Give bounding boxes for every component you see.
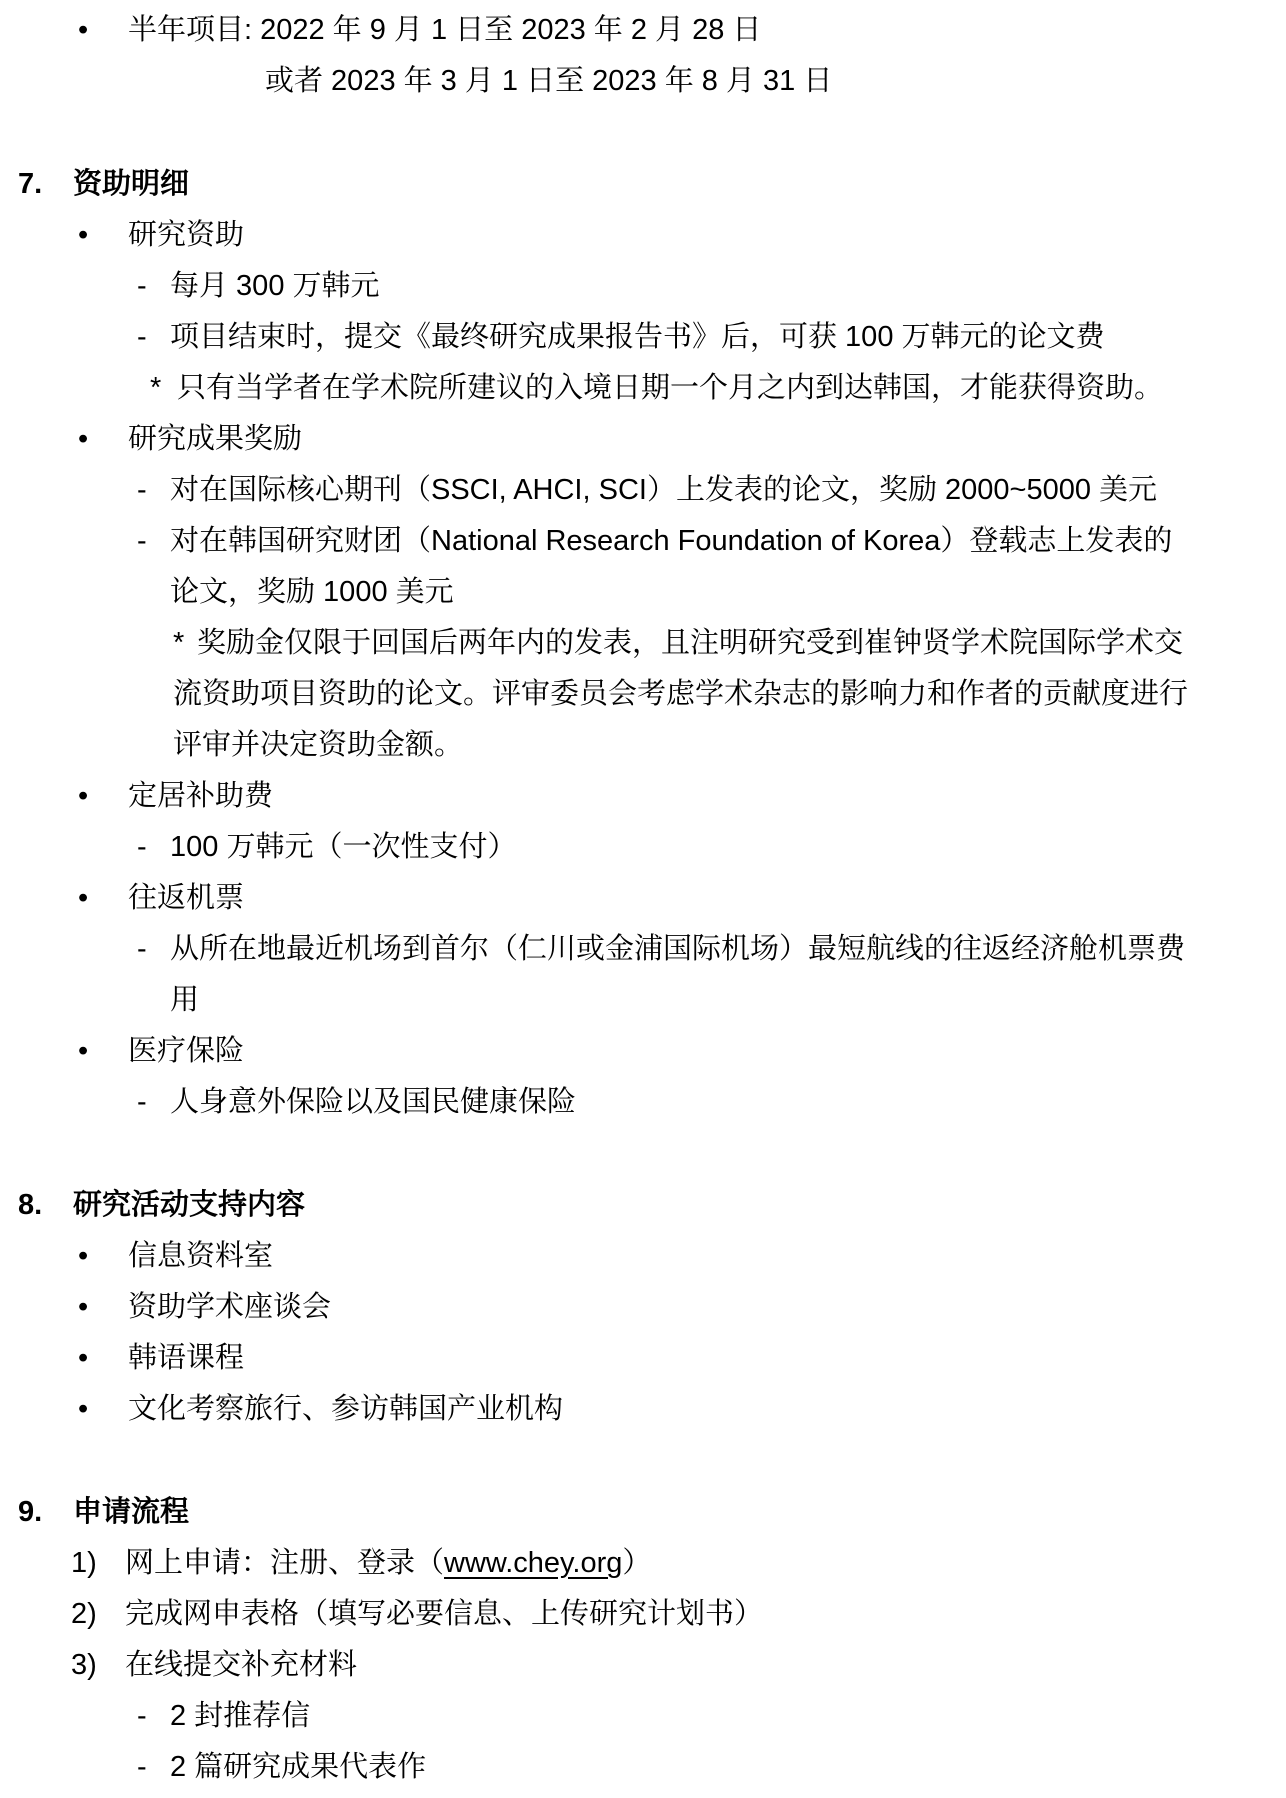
- item-text: 在线提交补充材料: [125, 1649, 357, 1681]
- step-text-before-link: 网上申请：注册、登录（: [125, 1547, 444, 1579]
- dash-marker: -: [137, 516, 170, 567]
- item-text: 2 封推荐信: [170, 1700, 310, 1732]
- step-number-label: 2): [71, 1589, 125, 1640]
- dash-marker: -: [137, 924, 170, 975]
- numbered-step-2: 2)完成网申表格（填写必要信息、上传研究计划书）: [0, 1589, 1286, 1640]
- bullet-marker: •: [78, 771, 128, 822]
- section-number: 8.: [18, 1180, 73, 1231]
- step-number-label: 1): [71, 1538, 125, 1589]
- bullet-item: •往返机票: [0, 873, 1286, 924]
- bullet-item: •医疗保险: [0, 1026, 1286, 1077]
- bullet-item: •信息资料室: [0, 1231, 1286, 1282]
- dash-marker: -: [137, 312, 170, 363]
- item-text: 研究成果奖励: [128, 423, 302, 455]
- item-text: 对在国际核心期刊（SSCI, AHCI, SCI）上发表的论文，奖励 2000~…: [170, 474, 1157, 506]
- item-text: 项目结束时，提交《最终研究成果报告书》后，可获 100 万韩元的论文费: [170, 321, 1105, 353]
- asterisk-marker: *: [173, 618, 197, 669]
- item-text: 论文，奖励 1000 美元: [170, 576, 454, 608]
- bullet-marker: •: [78, 414, 128, 465]
- item-text: 韩语课程: [128, 1342, 244, 1374]
- bullet-item: •资助学术座谈会: [0, 1282, 1286, 1333]
- bullet-item: •文化考察旅行、参访韩国产业机构: [0, 1384, 1286, 1435]
- sub-item: -项目结束时，提交《最终研究成果报告书》后，可获 100 万韩元的论文费: [0, 312, 1286, 363]
- document-page: •半年项目: 2022 年 9 月 1 日至 2023 年 2 月 28 日 或…: [0, 0, 1286, 1793]
- bullet-marker: •: [78, 1282, 128, 1333]
- item-text: 100 万韩元（一次性支付）: [170, 831, 516, 863]
- item-text: 对在韩国研究财团（National Research Foundation of…: [170, 525, 1172, 557]
- bullet-marker: •: [78, 873, 128, 924]
- footnote-continuation: 评审并决定资助金额。: [0, 720, 1286, 771]
- bullet-marker: •: [78, 1231, 128, 1282]
- sub-item-continuation: 用: [0, 975, 1286, 1026]
- item-text: 资助学术座谈会: [128, 1291, 331, 1323]
- bullet-marker: •: [78, 210, 128, 261]
- section-number: 7.: [18, 159, 73, 210]
- sub-item-continuation: 论文，奖励 1000 美元: [0, 567, 1286, 618]
- footnote-continuation: 流资助项目资助的论文。评审委员会考虑学术杂志的影响力和作者的贡献度进行: [0, 669, 1286, 720]
- bullet-marker: •: [78, 1026, 128, 1077]
- sub-item: -对在韩国研究财团（National Research Foundation o…: [0, 516, 1286, 567]
- sub-item: -从所在地最近机场到首尔（仁川或金浦国际机场）最短航线的往返经济舱机票费: [0, 924, 1286, 975]
- item-text: 医疗保险: [128, 1035, 244, 1067]
- sub-item: -对在国际核心期刊（SSCI, AHCI, SCI）上发表的论文，奖励 2000…: [0, 465, 1286, 516]
- section-heading-8: 8.研究活动支持内容: [0, 1180, 1286, 1231]
- bullet-marker: •: [78, 5, 128, 56]
- dash-marker: -: [137, 1077, 170, 1128]
- item-text: 每月 300 万韩元: [170, 270, 380, 302]
- item-text: 或者 2023 年 3 月 1 日至 2023 年 8 月 31 日: [265, 65, 832, 97]
- item-text: 网上申请：注册、登录（www.chey.org）: [125, 1547, 651, 1579]
- item-text: 用: [170, 984, 199, 1016]
- bullet-item-continuation: 或者 2023 年 3 月 1 日至 2023 年 8 月 31 日: [0, 56, 1286, 107]
- section-title: 申请流程: [73, 1496, 189, 1528]
- chey-website-link[interactable]: www.chey.org: [444, 1547, 622, 1579]
- dash-marker: -: [137, 465, 170, 516]
- dash-marker: -: [137, 261, 170, 312]
- item-text: 半年项目: 2022 年 9 月 1 日至 2023 年 2 月 28 日: [128, 14, 761, 46]
- section-title: 研究活动支持内容: [73, 1189, 305, 1221]
- bullet-item: •半年项目: 2022 年 9 月 1 日至 2023 年 2 月 28 日: [0, 5, 1286, 56]
- sub-item: -2 封推荐信: [0, 1691, 1286, 1742]
- bullet-marker: •: [78, 1384, 128, 1435]
- bullet-item: •定居补助费: [0, 771, 1286, 822]
- item-text: 信息资料室: [128, 1240, 273, 1272]
- section-title: 资助明细: [73, 168, 189, 200]
- bullet-item: •研究资助: [0, 210, 1286, 261]
- item-text: 往返机票: [128, 882, 244, 914]
- numbered-step-3: 3)在线提交补充材料: [0, 1640, 1286, 1691]
- dash-marker: -: [137, 822, 170, 873]
- item-text: 只有当学者在学术院所建议的入境日期一个月之内到达韩国，才能获得资助。: [177, 372, 1163, 404]
- section-number: 9.: [18, 1487, 73, 1538]
- footnote-item: *奖励金仅限于回国后两年内的发表，且注明研究受到崔钟贤学术院国际学术交: [0, 618, 1286, 669]
- item-text: 研究资助: [128, 219, 244, 251]
- section-heading-7: 7.资助明细: [0, 159, 1286, 210]
- sub-item: -人身意外保险以及国民健康保险: [0, 1077, 1286, 1128]
- item-text: 完成网申表格（填写必要信息、上传研究计划书）: [125, 1598, 763, 1630]
- item-text: 文化考察旅行、参访韩国产业机构: [128, 1393, 563, 1425]
- asterisk-marker: *: [150, 363, 177, 414]
- bullet-item: •研究成果奖励: [0, 414, 1286, 465]
- item-text: 人身意外保险以及国民健康保险: [170, 1086, 576, 1118]
- item-text: 流资助项目资助的论文。评审委员会考虑学术杂志的影响力和作者的贡献度进行: [173, 678, 1188, 710]
- numbered-step-1: 1)网上申请：注册、登录（www.chey.org）: [0, 1538, 1286, 1589]
- item-text: 评审并决定资助金额。: [173, 729, 463, 761]
- sub-item: -每月 300 万韩元: [0, 261, 1286, 312]
- footnote-item: *只有当学者在学术院所建议的入境日期一个月之内到达韩国，才能获得资助。: [0, 363, 1286, 414]
- step-number-label: 3): [71, 1640, 125, 1691]
- sub-item: -100 万韩元（一次性支付）: [0, 822, 1286, 873]
- item-text: 定居补助费: [128, 780, 273, 812]
- bullet-marker: •: [78, 1333, 128, 1384]
- item-text: 2 篇研究成果代表作: [170, 1751, 426, 1783]
- dash-marker: -: [137, 1742, 170, 1793]
- step-text-after-link: ）: [622, 1547, 651, 1579]
- dash-marker: -: [137, 1691, 170, 1742]
- item-text: 奖励金仅限于回国后两年内的发表，且注明研究受到崔钟贤学术院国际学术交: [197, 627, 1183, 659]
- bullet-item: •韩语课程: [0, 1333, 1286, 1384]
- section-heading-9: 9.申请流程: [0, 1487, 1286, 1538]
- sub-item: -2 篇研究成果代表作: [0, 1742, 1286, 1793]
- item-text: 从所在地最近机场到首尔（仁川或金浦国际机场）最短航线的往返经济舱机票费: [170, 933, 1185, 965]
